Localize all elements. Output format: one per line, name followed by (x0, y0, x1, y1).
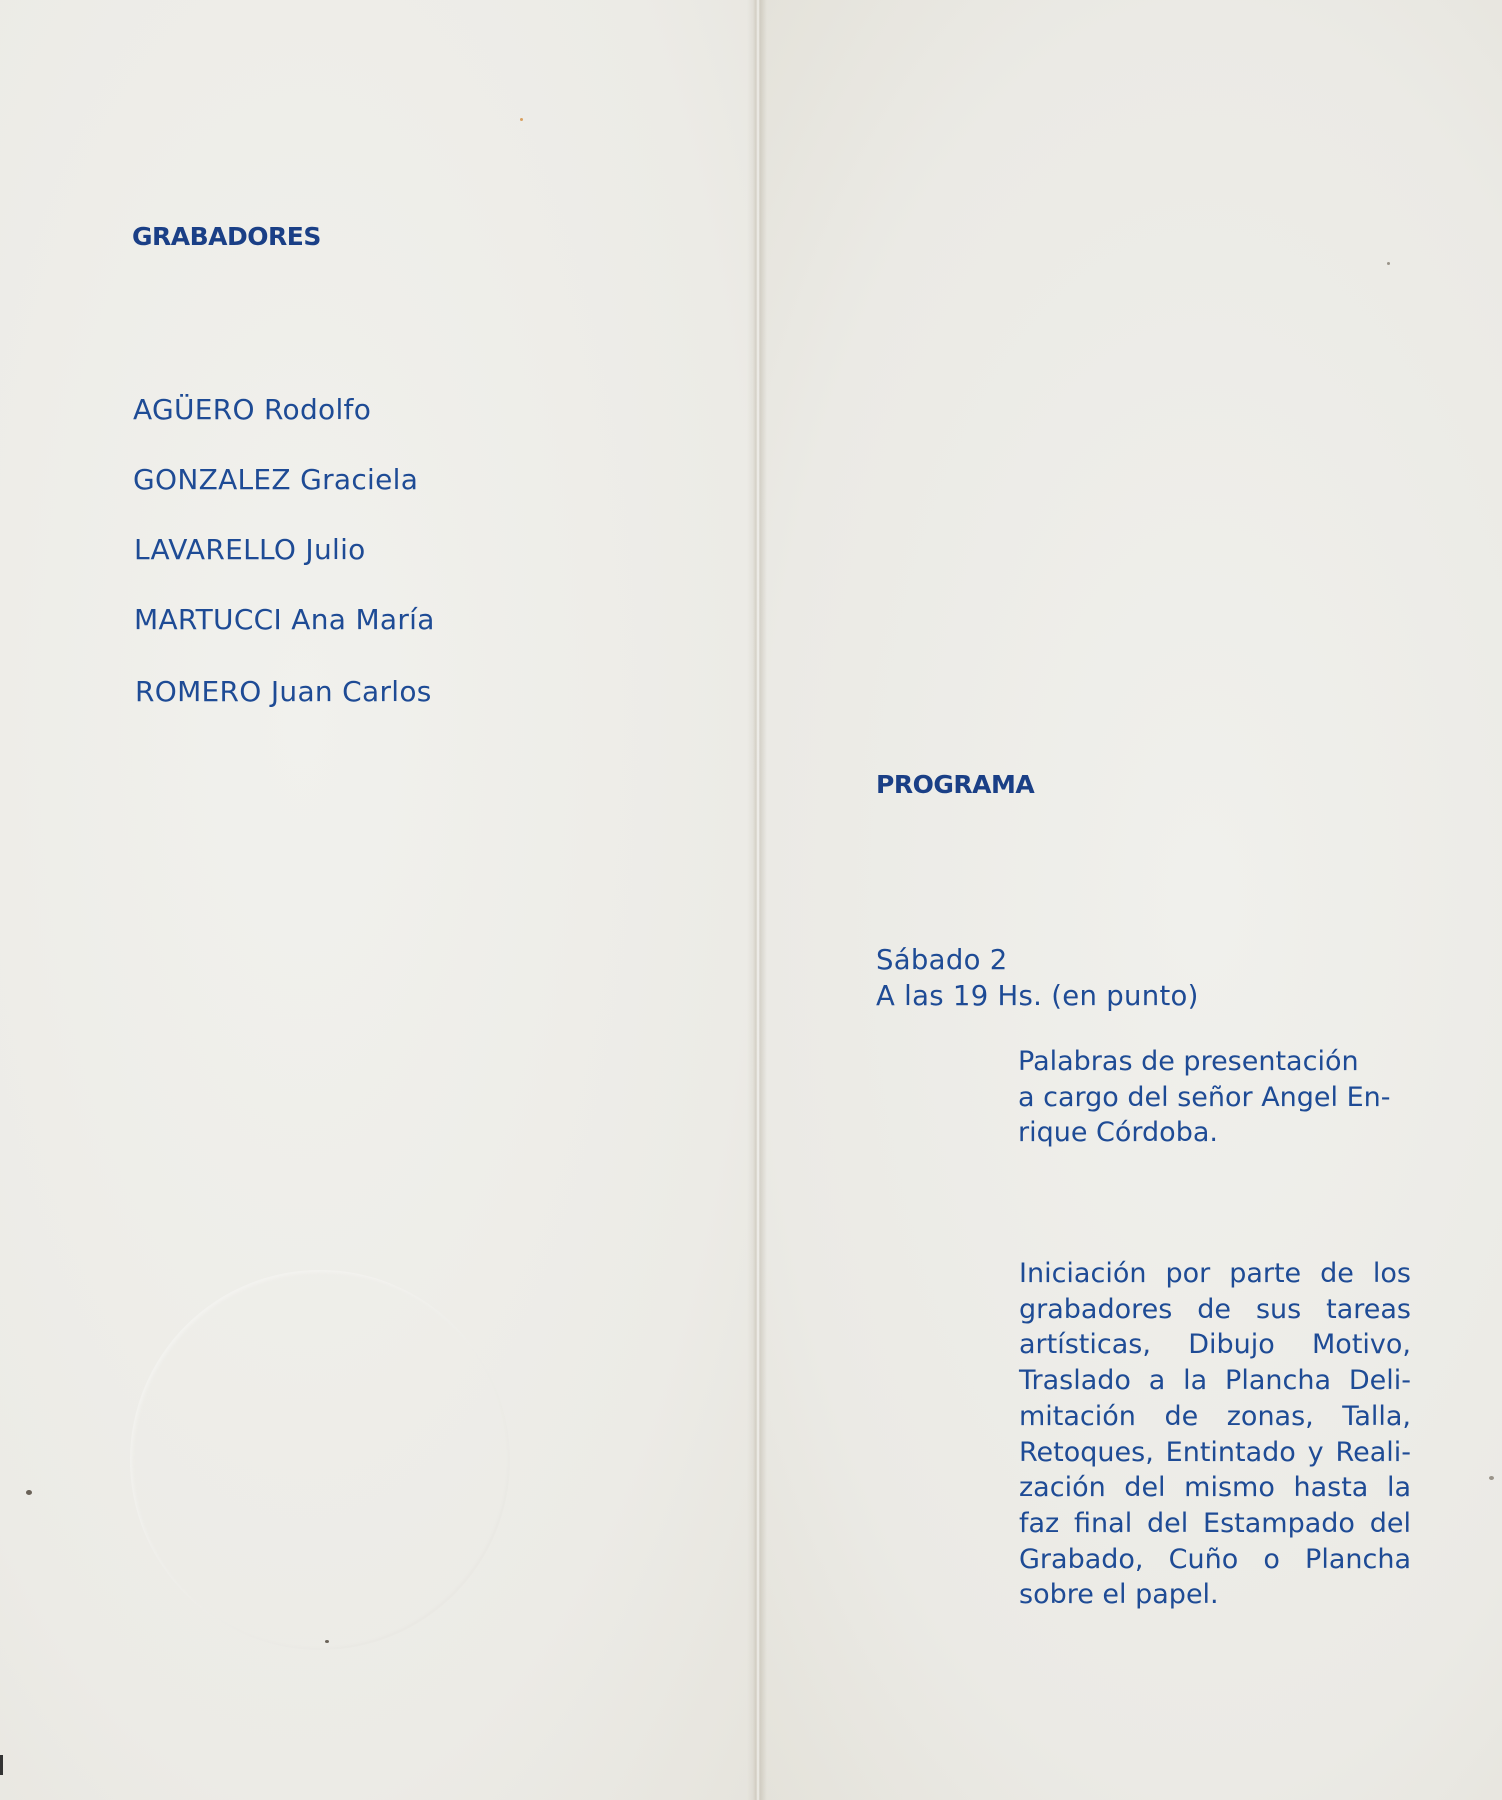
paper-speck (1489, 1476, 1494, 1480)
paragraph-line: a cargo del señor Angel En- (1018, 1080, 1410, 1116)
paragraph-line: grabadores de sus tareas (1019, 1292, 1411, 1328)
engraver-name: MARTUCCI Ana María (134, 603, 435, 636)
paragraph-line: artísticas, Dibujo Motivo, (1019, 1327, 1411, 1363)
paragraph-line: sobre el papel. (1019, 1577, 1411, 1613)
paragraph-line: zación del mismo hasta la (1019, 1470, 1411, 1506)
paper-speck (325, 1640, 329, 1643)
paper-speck (520, 118, 523, 121)
paragraph-line: faz final del Estampado del (1019, 1506, 1411, 1542)
programa-heading: PROGRAMA (876, 770, 1034, 799)
center-fold (747, 0, 767, 1800)
paragraph-line: Palabras de presentación (1018, 1044, 1410, 1080)
paragraph-line: mitación de zonas, Talla, (1019, 1399, 1411, 1435)
engraver-name: AGÜERO Rodolfo (133, 393, 371, 426)
initiation-paragraph: Iniciación por parte de los grabadores d… (1019, 1256, 1411, 1613)
paragraph-line: rique Córdoba. (1018, 1115, 1410, 1151)
presentation-paragraph: Palabras de presentación a cargo del señ… (1018, 1044, 1410, 1151)
engraver-name: GONZALEZ Graciela (133, 463, 418, 496)
engraver-name: ROMERO Juan Carlos (135, 675, 432, 708)
paragraph-line: Iniciación por parte de los (1019, 1256, 1411, 1292)
program-time: A las 19 Hs. (en punto) (876, 980, 1199, 1012)
paper-speck (26, 1490, 32, 1495)
paragraph-line: Traslado a la Plancha Deli- (1019, 1363, 1411, 1399)
scan-edge-mark (0, 1755, 3, 1775)
embossed-seal (130, 1270, 510, 1650)
program-day: Sábado 2 (876, 944, 1008, 976)
paragraph-line: Retoques, Entintado y Reali- (1019, 1435, 1411, 1471)
paragraph-line: Grabado, Cuño o Plancha (1019, 1542, 1411, 1578)
paper-speck (1387, 262, 1390, 265)
engraver-name: LAVARELLO Julio (134, 533, 366, 566)
grabadores-heading: GRABADORES (132, 222, 321, 251)
right-page: PROGRAMA Sábado 2 A las 19 Hs. (en punto… (757, 0, 1502, 1800)
left-page: GRABADORES AGÜERO Rodolfo GONZALEZ Graci… (0, 0, 757, 1800)
